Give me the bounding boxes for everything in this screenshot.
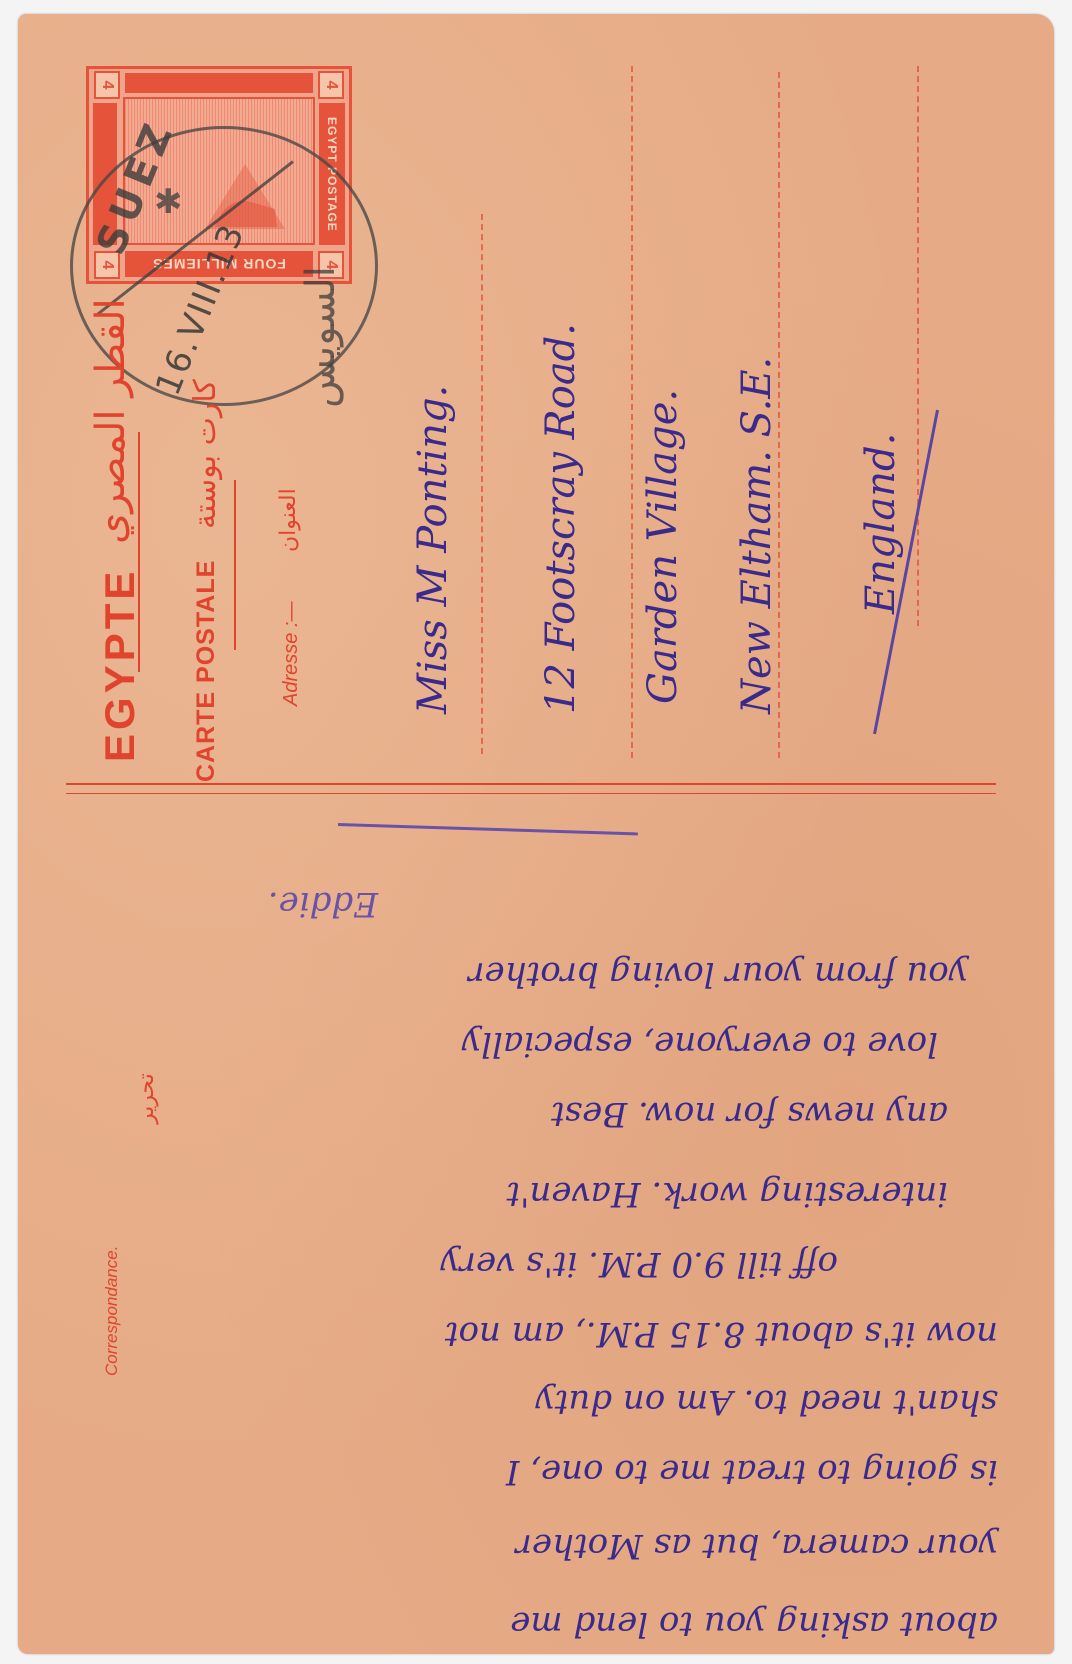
- heading-rule: [234, 480, 236, 650]
- correspondence-message: about asking you to lend me your camera,…: [168, 814, 998, 1654]
- message-line: your camera, but as Mother: [516, 1526, 998, 1566]
- address-guide-line: [917, 66, 919, 626]
- correspondence-label-arabic: تحرير: [134, 1073, 159, 1124]
- message-line: love to everyone, especially: [462, 1024, 938, 1064]
- card-type-label: CARTE POSTALE: [192, 560, 221, 782]
- message-signature: Eddie.: [268, 884, 378, 924]
- message-line: about asking you to lend me: [510, 1604, 998, 1644]
- message-line: off till 9.0 P.M. it's very: [441, 1244, 839, 1284]
- address-guide-line: [481, 214, 483, 754]
- stamp-top-band: [125, 73, 313, 93]
- section-divider: [66, 783, 996, 785]
- address-line: 12 Footscray Road.: [538, 323, 584, 714]
- country-heading-arabic: القطر المصري: [88, 298, 134, 544]
- message-line: is going to treat me to one, I: [506, 1452, 998, 1492]
- stamp-value-corner: 4: [94, 71, 120, 99]
- address-label-arabic: العنوان: [276, 488, 301, 552]
- heading-rule: [138, 432, 140, 672]
- postmark-arabic: السويس: [298, 266, 344, 408]
- section-divider: [66, 793, 996, 794]
- country-heading: EGYPTE: [96, 568, 144, 762]
- card-type-label-arabic: كارت بوستة: [188, 379, 223, 529]
- message-line: any news for now. Best: [551, 1094, 948, 1134]
- message-line: now it's about 8.15 P.M., am not: [445, 1314, 998, 1354]
- address-guide-line: [631, 66, 633, 758]
- postcard: 4 4 4 4 FOUR MILLIEMES EGYPT POSTAGE ✱ S…: [18, 14, 1054, 1654]
- address-line: New Eltham. S.E.: [734, 357, 780, 714]
- message-line: interesting work. Haven't: [506, 1174, 948, 1214]
- address-line: England.: [858, 433, 904, 614]
- stamp-value-corner: 4: [318, 71, 344, 99]
- address-line: Garden Village.: [640, 389, 686, 704]
- correspondence-label: Correspondance.: [102, 1246, 122, 1376]
- message-line: you from your loving brother: [468, 954, 968, 994]
- address-label: Adresse :—: [280, 602, 303, 706]
- message-line: shan't need to. Am on duty: [535, 1382, 998, 1422]
- address-line: Miss M Ponting.: [410, 385, 456, 714]
